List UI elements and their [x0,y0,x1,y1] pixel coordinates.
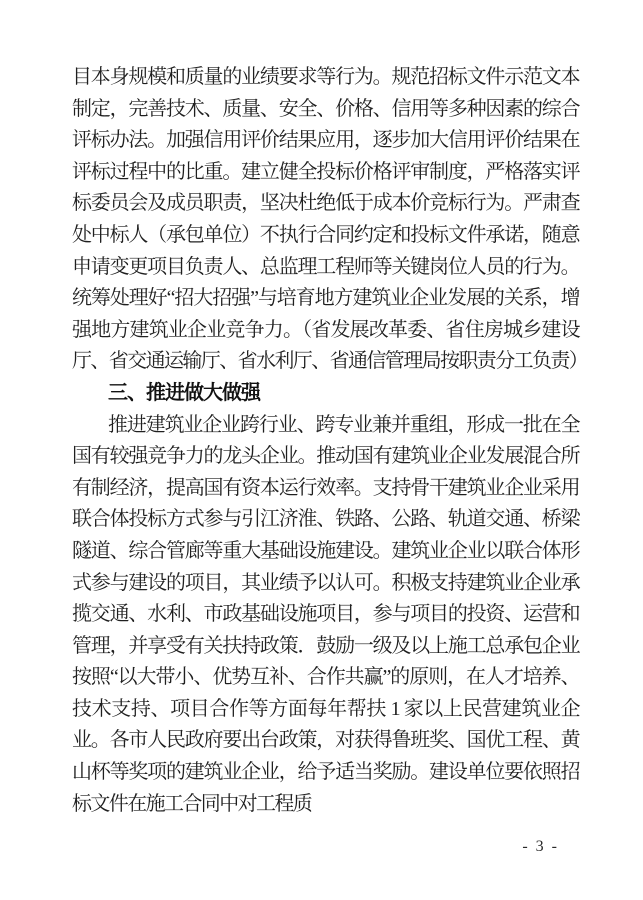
page-number: - 3 - [522,838,559,856]
document-page: 目本身规模和质量的业绩要求等行为。规范招标文件示范文本制定，完善技术、质量、安全… [0,0,643,900]
paragraph-continuation: 目本身规模和质量的业绩要求等行为。规范招标文件示范文本制定，完善技术、质量、安全… [72,62,579,378]
section-heading: 三、推进做大做强 [72,378,579,410]
document-body: 目本身规模和质量的业绩要求等行为。规范招标文件示范文本制定，完善技术、质量、安全… [72,62,579,820]
paragraph-section-three: 推进建筑业企业跨行业、跨专业兼并重组，形成一批在全国有较强竞争力的龙头企业。推动… [72,410,579,821]
